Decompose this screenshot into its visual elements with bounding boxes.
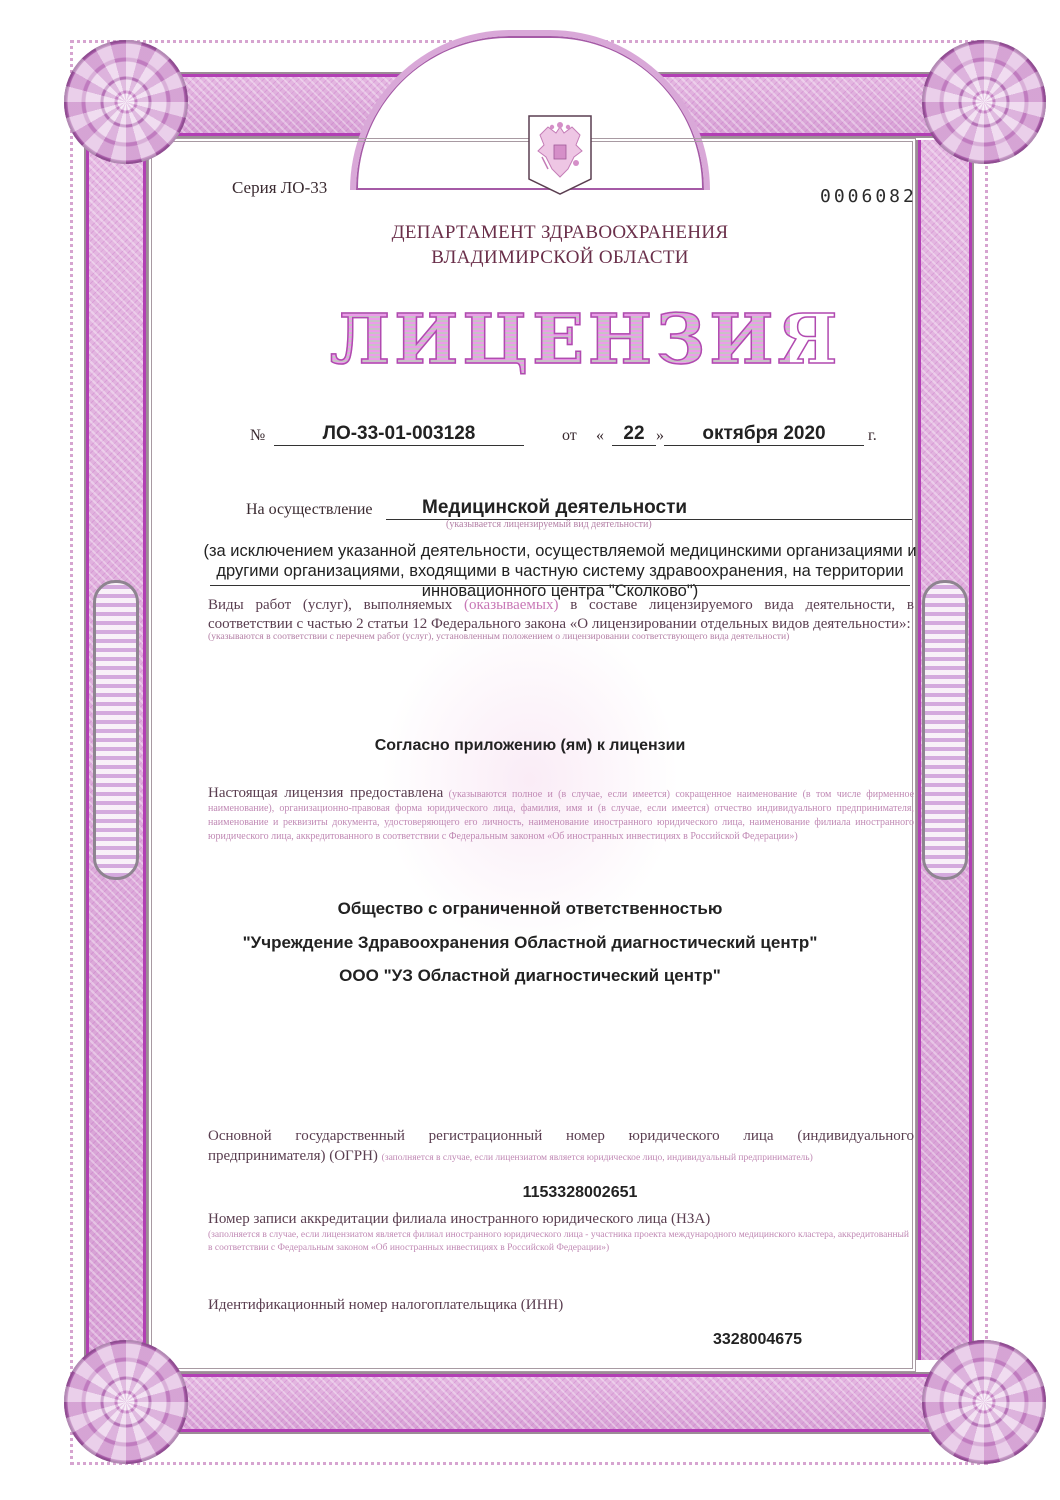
corner-rosette-icon bbox=[64, 40, 188, 164]
organization-short-name: ООО "УЗ Областной диагностический центр" bbox=[0, 966, 1060, 986]
series-label: Серия ЛО-33 bbox=[232, 178, 327, 198]
granted-label-text: Настоящая лицензия предоставлена bbox=[208, 785, 443, 801]
ogrn-value: 1153328002651 bbox=[0, 1184, 1060, 1202]
number-sign: № bbox=[250, 427, 265, 445]
license-month-year: октября 2020 bbox=[664, 423, 864, 446]
works-text-pink: (оказываемых) bbox=[464, 597, 558, 613]
ogrn-hint: (заполняется в случае, если лицензиатом … bbox=[382, 1153, 813, 1163]
document-title: ЛИЦЕНЗИЯ bbox=[330, 300, 790, 380]
corner-rosette-icon bbox=[64, 1340, 188, 1464]
works-text-1: Виды работ (услуг), выполняемых bbox=[208, 597, 464, 613]
department-name-line2: ВЛАДИМИРСКОЙ ОБЛАСТИ bbox=[0, 247, 1060, 269]
works-hint: (указываются в соответствии с перечнем р… bbox=[208, 631, 918, 642]
activity-value: Медицинской деятельности bbox=[386, 497, 912, 520]
organization-full-name: "Учреждение Здравоохранения Областной ди… bbox=[0, 933, 1060, 953]
works-value: Согласно приложению (ям) к лицензии bbox=[0, 737, 1060, 755]
nza-hint: (заполняется в случае, если лицензиатом … bbox=[208, 1229, 914, 1255]
left-cartouche-ornament bbox=[93, 580, 139, 880]
inn-value: 3328004675 bbox=[713, 1331, 802, 1349]
granted-label: Настоящая лицензия предоставлена (указыв… bbox=[208, 786, 914, 844]
date-label: от bbox=[562, 427, 577, 445]
organization-form: Общество с ограниченной ответственностью bbox=[0, 899, 1060, 919]
inn-label: Идентификационный номер налогоплательщик… bbox=[208, 1297, 563, 1314]
nza-label: Номер записи аккредитации филиала иностр… bbox=[208, 1211, 914, 1228]
license-number: ЛО-33-01-003128 bbox=[274, 423, 524, 446]
russian-coat-of-arms-icon bbox=[526, 113, 594, 197]
works-label: Виды работ (услуг), выполняемых (оказыва… bbox=[208, 596, 914, 634]
activity-exclusion: (за исключением указанной деятельности, … bbox=[200, 541, 920, 601]
corner-rosette-icon bbox=[922, 40, 1046, 164]
corner-rosette-icon bbox=[922, 1340, 1046, 1464]
department-name-line1: ДЕПАРТАМЕНТ ЗДРАВООХРАНЕНИЯ bbox=[0, 222, 1060, 244]
activity-hint: (указывается лицензируемый вид деятельно… bbox=[446, 519, 652, 530]
activity-label: На осуществление bbox=[246, 501, 373, 519]
exclusion-underline bbox=[210, 585, 910, 586]
license-number-row: № ЛО-33-01-003128 от « 22 » октября 2020… bbox=[250, 423, 890, 447]
right-cartouche-ornament bbox=[922, 580, 968, 880]
license-day: 22 bbox=[612, 423, 656, 446]
year-suffix: г. bbox=[868, 427, 877, 445]
date-open-quote: « bbox=[596, 427, 604, 445]
ogrn-label: Основной государственный регистрационный… bbox=[208, 1126, 914, 1168]
serial-number: 0006082 bbox=[820, 186, 917, 207]
date-close-quote: » bbox=[656, 427, 664, 445]
border-band-bottom bbox=[110, 1372, 950, 1434]
